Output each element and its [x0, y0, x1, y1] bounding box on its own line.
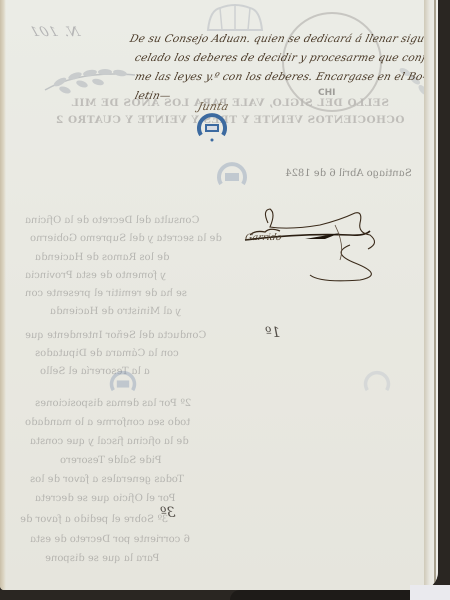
bleedthrough-line: de la oficina fiscal y que consta [29, 436, 190, 447]
seal-header-line-1: SELLO DEL SIGLO, VALE PARA LOS AÑOS DE M… [40, 95, 420, 112]
bleedthrough-line: y al Ministro de Hacienda [49, 306, 182, 317]
signature-name: Garrido [244, 233, 283, 243]
archive-stamp-icon [195, 113, 229, 143]
bleedthrough-line: de los Ramos de Hacienda [34, 252, 171, 263]
bleedthrough-line: Todas generales a favor de los [29, 474, 185, 485]
bleedthrough-line: Conducta del Señor Intendente que [24, 330, 207, 341]
bleedthrough-line: 6 corriente por Decreto de esta [29, 534, 191, 545]
bleedthrough-line: Para la que se dispone [44, 553, 161, 564]
faint-archive-stamp-icon [108, 370, 138, 398]
bleedthrough-line: y fomento de esta Provincia [24, 270, 167, 281]
section-numeral-1: 1º [265, 325, 281, 341]
handwritten-line-4: letin— [134, 90, 173, 102]
binding-line [434, 0, 436, 590]
bleedthrough-line: con la Cámara de Diputados [34, 348, 180, 359]
handwritten-line-1: De su Consejo Aduan. quien se dedicará á… [129, 33, 438, 45]
page-left-edge [0, 0, 6, 590]
handwritten-line-2: celado los deberes de decidir y procesar… [134, 52, 438, 64]
folio-number: N. 101 [27, 25, 82, 40]
bleedthrough-date: Santiago Abril 6 de 1824 [284, 168, 413, 179]
laurel-branch-icon [40, 60, 140, 100]
handwritten-line-3: me las leyes y.º con los deberes. Encarg… [134, 71, 428, 83]
bleedthrough-line: Por el Oficio que se decreta [34, 493, 177, 504]
next-page-corner [410, 585, 450, 600]
faint-archive-stamp-icon [215, 162, 249, 192]
manuscript-page: N. 101 CHI SELLO DEL SIGLO, VALE PARA LO… [0, 0, 438, 590]
bleedthrough-line: de la secreta y del Supremo Gobierno [29, 233, 223, 244]
signature-flourish [240, 205, 390, 285]
faint-archive-stamp-right-icon [362, 370, 392, 398]
bleedthrough-line: se ha de remitir el presente con [24, 288, 188, 299]
bleedthrough-line: Pide Salde Tesorero [59, 455, 163, 466]
seal-header-line-2: OCHOCIENTOS VEINTE Y TRES Y VEINTE Y CUA… [40, 112, 420, 129]
bleedthrough-line: todo sea conforme a lo mandado [24, 417, 192, 428]
bleedthrough-line: Consulta del Decreto de la Oficina [24, 215, 200, 226]
bleedthrough-line: 2º Por las demas disposiciones [34, 398, 192, 409]
bleedthrough-line: 3º Sobre el pedido a favor de [19, 514, 169, 525]
handwritten-rubric: Junta [196, 100, 230, 113]
